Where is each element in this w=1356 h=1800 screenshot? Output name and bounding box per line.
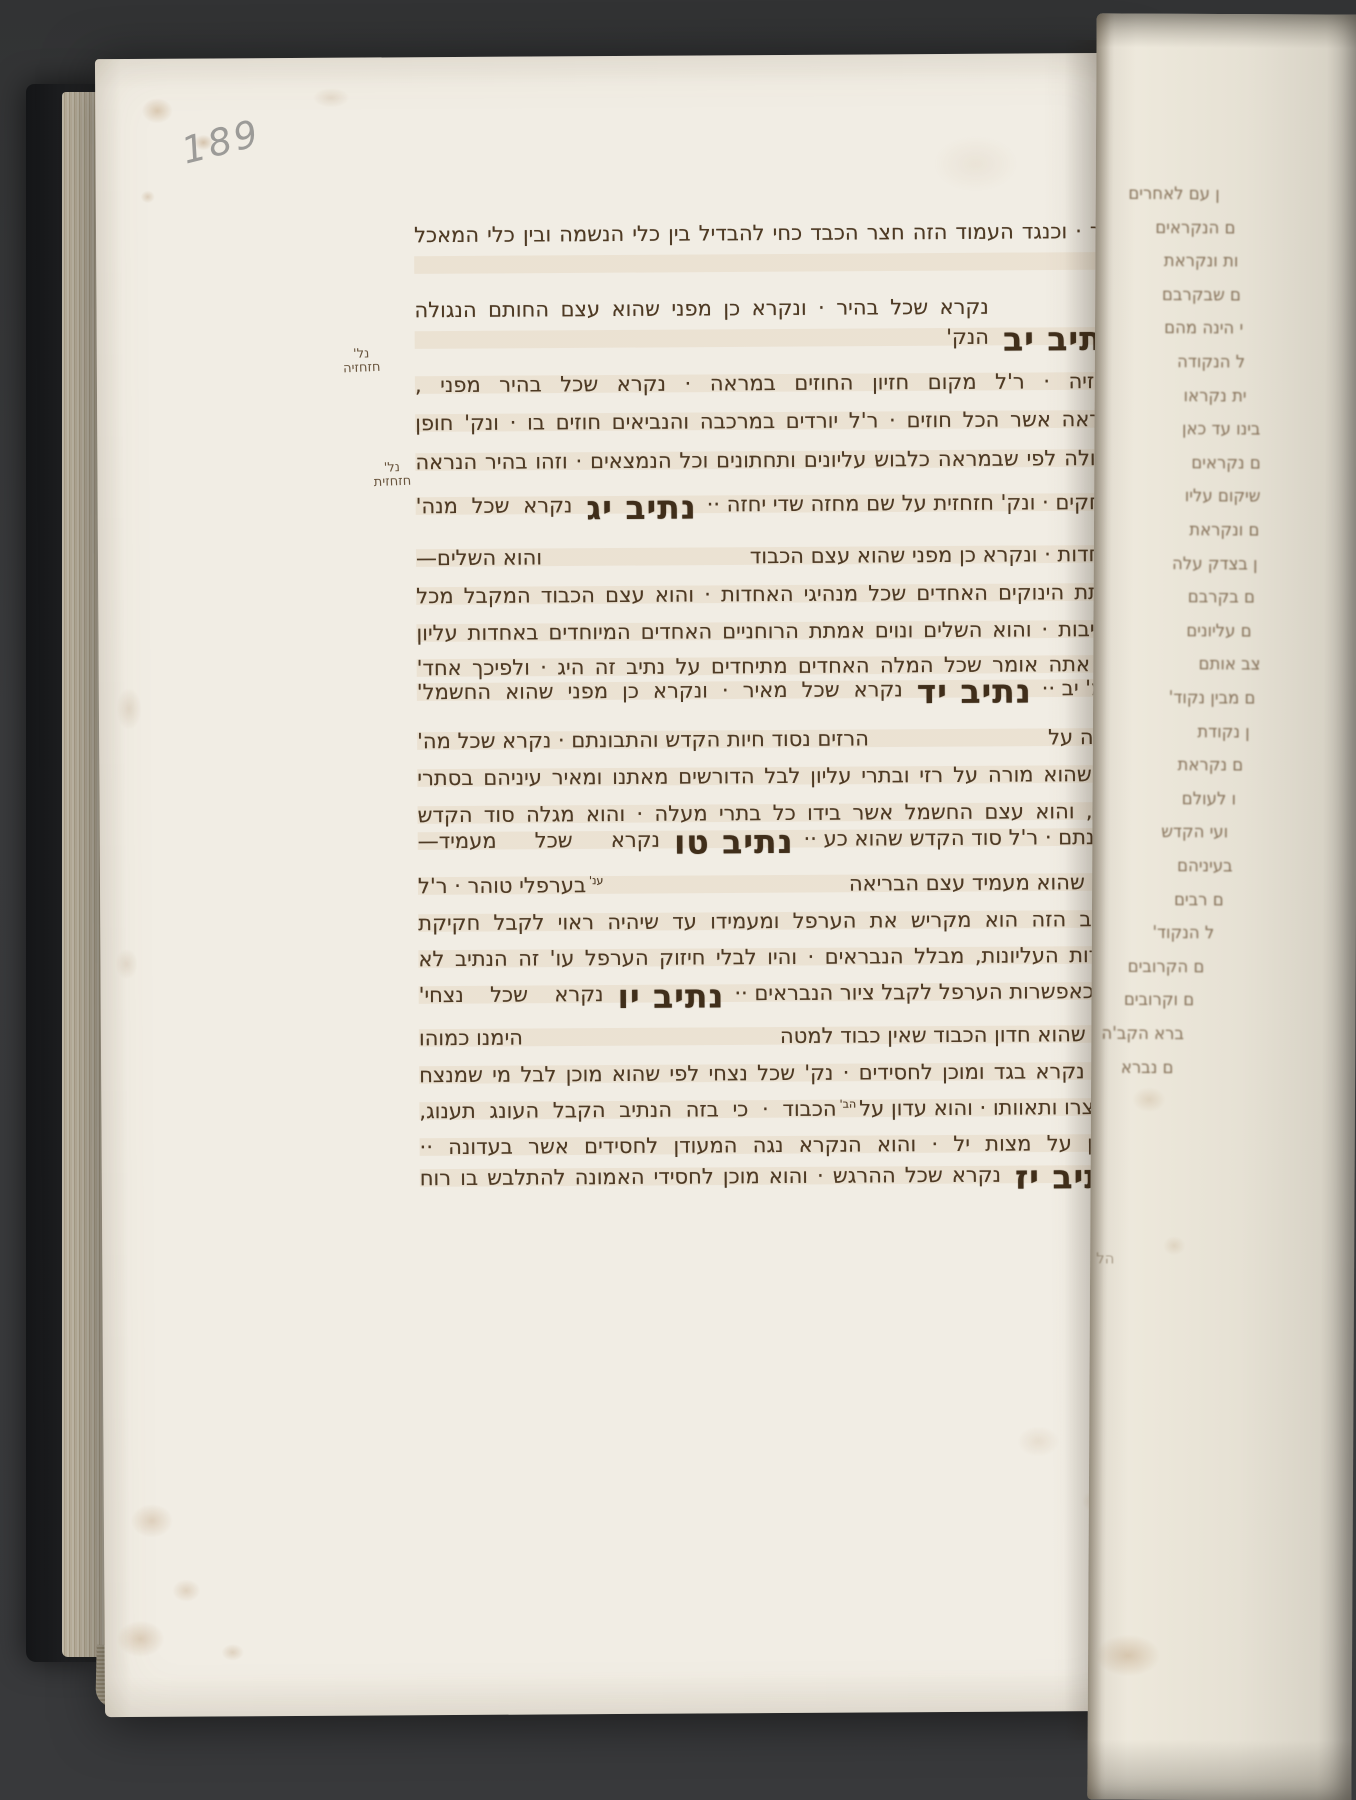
manuscript-text-block: חצר · וכנגד העמוד הזה חצר הכבד כחי להבדי… [413, 53, 1135, 1357]
text-run: הכבוד · כי בזה הנתיב הקבל העונג תענוג, [419, 1094, 836, 1127]
facing-page-edge: ן עם לאחריםם הנקראיםות ונקראתם שבקרבםי ה… [1087, 13, 1356, 1800]
facing-page-text-line: ם שבקרבם [1099, 284, 1241, 305]
facing-page-text-line: ית נקראו [1099, 384, 1247, 405]
facing-page-scribble: הל [1096, 1249, 1114, 1267]
text-line: הנתיבות · והוא השלים ונוים אמתת הרוחניים… [416, 610, 1130, 648]
text-run: הצורות העליונות, מבלל הנבראים · והיו לבל… [418, 940, 1132, 974]
manuscript-page: 189 נל' חזחזיה נל' חזחזית חצר · וכנגד הע… [95, 53, 1143, 1717]
facing-page-text-line: ן נקודת [1097, 720, 1250, 741]
text-run: המראה אשר הכל חוזים · ר'ל יורדים במרכבה … [415, 404, 1129, 438]
folio-number-pencil: 189 [177, 111, 265, 172]
text-line: חזחזיה · ר'ל מקום חזיון החוזים במראה · נ… [415, 362, 1129, 400]
marginal-note: נל' חזחזית [373, 461, 412, 491]
facing-page-text-line: בעיניהם [1096, 855, 1233, 876]
marginal-note-word: חזחזית [374, 475, 412, 491]
line-gap [542, 571, 750, 572]
facing-page-text-line: צב אותם [1097, 653, 1260, 674]
text-run: חצר · וכנגד העמוד הזה חצר הכבד כחי להבדי… [414, 216, 1128, 280]
facing-page-text-line: ו לעולם [1097, 788, 1237, 809]
text-run: הנתיב הזה הוא מקריש את הערפל ומעמידו עד … [418, 904, 1132, 938]
text-line: היה כאפשרות הערפל לקבל ציור הנבראים ··נת… [419, 972, 1133, 1010]
text-line: את יצרו ותאוותו · והוא עדון עלהב'הכבוד ·… [419, 1088, 1133, 1126]
text-run: נקרא שכל מנה' [416, 490, 573, 521]
facing-page-text-line: ן עם לאחרים [1100, 183, 1220, 204]
text-run: חזחזיה · ר'ל מקום חזיון החוזים במראה · נ… [415, 366, 1129, 400]
text-run: והבונתם · ר'ל סוד הקדש שהוא כע ·· [803, 822, 1131, 854]
text-line: נתיב יזנקרא שכל ההרגש · והוא מוכן לחסידי… [420, 1155, 1134, 1193]
facing-page-text-line: ם ונקראת [1098, 519, 1260, 540]
interlinear-note: ענ' [586, 876, 606, 886]
text-run: נקרא שכל ההרגש · והוא מוכן לחסידי האמונה… [420, 1160, 1001, 1194]
text-run: הימנו כמוהו [419, 1023, 523, 1054]
text-line: מפני שהוא מעמיד עצם הבריאהענ'בערפלי טוהר… [418, 863, 1132, 901]
marginal-note-word: חזחזיה [343, 361, 381, 377]
text-run: מפני שהוא מעמיד עצם הבריאה [849, 867, 1132, 899]
netiv-heading: נתיב יד [903, 676, 1042, 707]
text-run: הגדולה לפי שבמראה כלבוש עליונים ותחתונים… [415, 443, 1129, 477]
text-run: נקרא שכל מעמיד— [418, 825, 660, 856]
text-run: אמתת הינוקים האחדים שכל מנהיגי האחדות · … [416, 577, 1130, 611]
text-line: בשחקים · ונק' חזחזית על שם מחזה שדי יחזה… [416, 483, 1130, 521]
facing-page-text-line: ם נקראים [1098, 452, 1261, 473]
facing-page-text-line: ם הקרובים [1096, 956, 1205, 977]
text-run: נקרא שכל נצחי' [419, 979, 604, 1010]
marginal-note: נל' חזחזיה [342, 347, 381, 377]
text-line: הצורות העליונות, מבלל הנבראים · והיו לבל… [418, 936, 1132, 974]
line-gap [523, 1051, 780, 1053]
facing-page-text-line: י הינה מהם [1099, 317, 1243, 338]
facing-page-text-line: ם וקרובים [1095, 989, 1194, 1010]
line-gap [606, 899, 849, 900]
facing-page-text-line: ן בצדק עלה [1098, 552, 1258, 573]
text-line: לפי שהוא מורה על רזי ובתרי עליון לבל הדו… [417, 755, 1131, 793]
netiv-heading: נתיב טו [660, 827, 804, 858]
text-line: ומורה עלהרזים נסוד חיות הקדש והתבונתם · … [417, 718, 1131, 756]
line-gap [869, 752, 1048, 753]
facing-page-text-line: ם נקראת [1097, 754, 1244, 775]
interlinear-note: הב' [837, 1100, 860, 1110]
facing-page-text-line: ם עליונים [1097, 620, 1251, 641]
netiv-heading: נתיב יו [603, 981, 734, 1012]
text-line: נתיב יבנקרא שכל בהיר · ונקרא כן מפני שהו… [415, 317, 1129, 355]
facing-page-text-line: ם בקרבם [1098, 586, 1255, 607]
text-line: הנתיב הזה הוא מקריש את הערפל ומעמידו עד … [418, 900, 1132, 938]
photograph-backdrop: 189 נל' חזחזיה נל' חזחזית חצר · וכנגד הע… [0, 0, 1356, 1800]
facing-page-text-line: ות ונקראת [1099, 250, 1238, 271]
text-run: נקרא שכל מאיר · ונקרא כן מפני שהוא החשמל… [417, 674, 903, 707]
text-line: והוא נקרא בגד ומוכן לחסידים · נק' שכל נצ… [419, 1052, 1133, 1090]
facing-page-text-line: ם הנקראים [1100, 216, 1236, 237]
text-line: חצר · וכנגד העמוד הזה חצר הכבד כחי להבדי… [414, 242, 1128, 280]
text-line: הגדולה לפי שבמראה כלבוש עליונים ותחתונים… [415, 439, 1129, 477]
facing-page-text-line: שיקום עליו [1098, 485, 1260, 506]
text-line: המראה אשר הכל חוזים · ר'ל יורדים במרכבה … [415, 400, 1129, 438]
facing-page-text-line: ם רבים [1096, 888, 1224, 909]
text-run: נקרא שכל בהיר · ונקרא כן מפני שהוא עצם ה… [414, 292, 989, 356]
text-line: האחדות · ונקרא כן מפני שהוא עצם הכבודוהו… [416, 535, 1130, 573]
text-run: הרזים נסוד חיות הקדש והתבונתם · נקרא שכל… [417, 723, 869, 756]
text-line: והבונתם · ר'ל סוד הקדש שהוא כע ··נתיב טו… [418, 818, 1132, 856]
text-run: והוא נקרא בגד ומוכן לחסידים · נק' שכל נצ… [419, 1056, 1133, 1090]
text-line: אמתת הינוקים האחדים שכל מנהיגי האחדות · … [416, 573, 1130, 611]
facing-page-text-sliver: ן עם לאחריםם הנקראיםות ונקראתם שבקרבםי ה… [1097, 13, 1356, 14]
text-run: הנתיבות · והוא השלים ונוים אמתת הרוחניים… [416, 614, 1130, 648]
text-run: בערפלי טוהר · ר'ל [418, 870, 586, 901]
facing-page-text-line: ברא הקב'ה [1095, 1023, 1184, 1044]
facing-page-text-line: ם נברא [1095, 1056, 1173, 1077]
text-run: בשחקים · ונק' חזחזית על שם מחזה שדי יחזה… [707, 487, 1130, 520]
text-run: האחדות · ונקרא כן מפני שהוא עצם הכבוד [750, 539, 1130, 571]
netiv-heading: נתיב יג [572, 492, 706, 523]
text-line: מפני שהוא חדון הכבוד שאין כבוד למטההימנו… [419, 1015, 1133, 1053]
text-run: והוא השלים— [416, 542, 542, 573]
facing-page-text-line: ל הנקוד' [1096, 922, 1214, 943]
text-run: לפי שהוא מורה על רזי ובתרי עליון לבל הדו… [417, 759, 1131, 793]
text-run: מפני שהוא חדון הכבוד שאין כבוד למטה [780, 1019, 1133, 1051]
facing-page-text-line: ועי הקדש [1096, 821, 1228, 842]
text-run: היה כאפשרות הערפל לקבל ציור הנבראים ·· [734, 976, 1132, 1008]
facing-page-text-line: ם מבין נקוד' [1097, 687, 1255, 708]
facing-page-text-line: ל הנקודה [1099, 351, 1245, 372]
text-line: בגימ' יב ··נתיב ידנקרא שכל מאיר · ונקרא … [417, 669, 1131, 707]
facing-page-text-line: בינו עד כאן [1098, 418, 1260, 439]
